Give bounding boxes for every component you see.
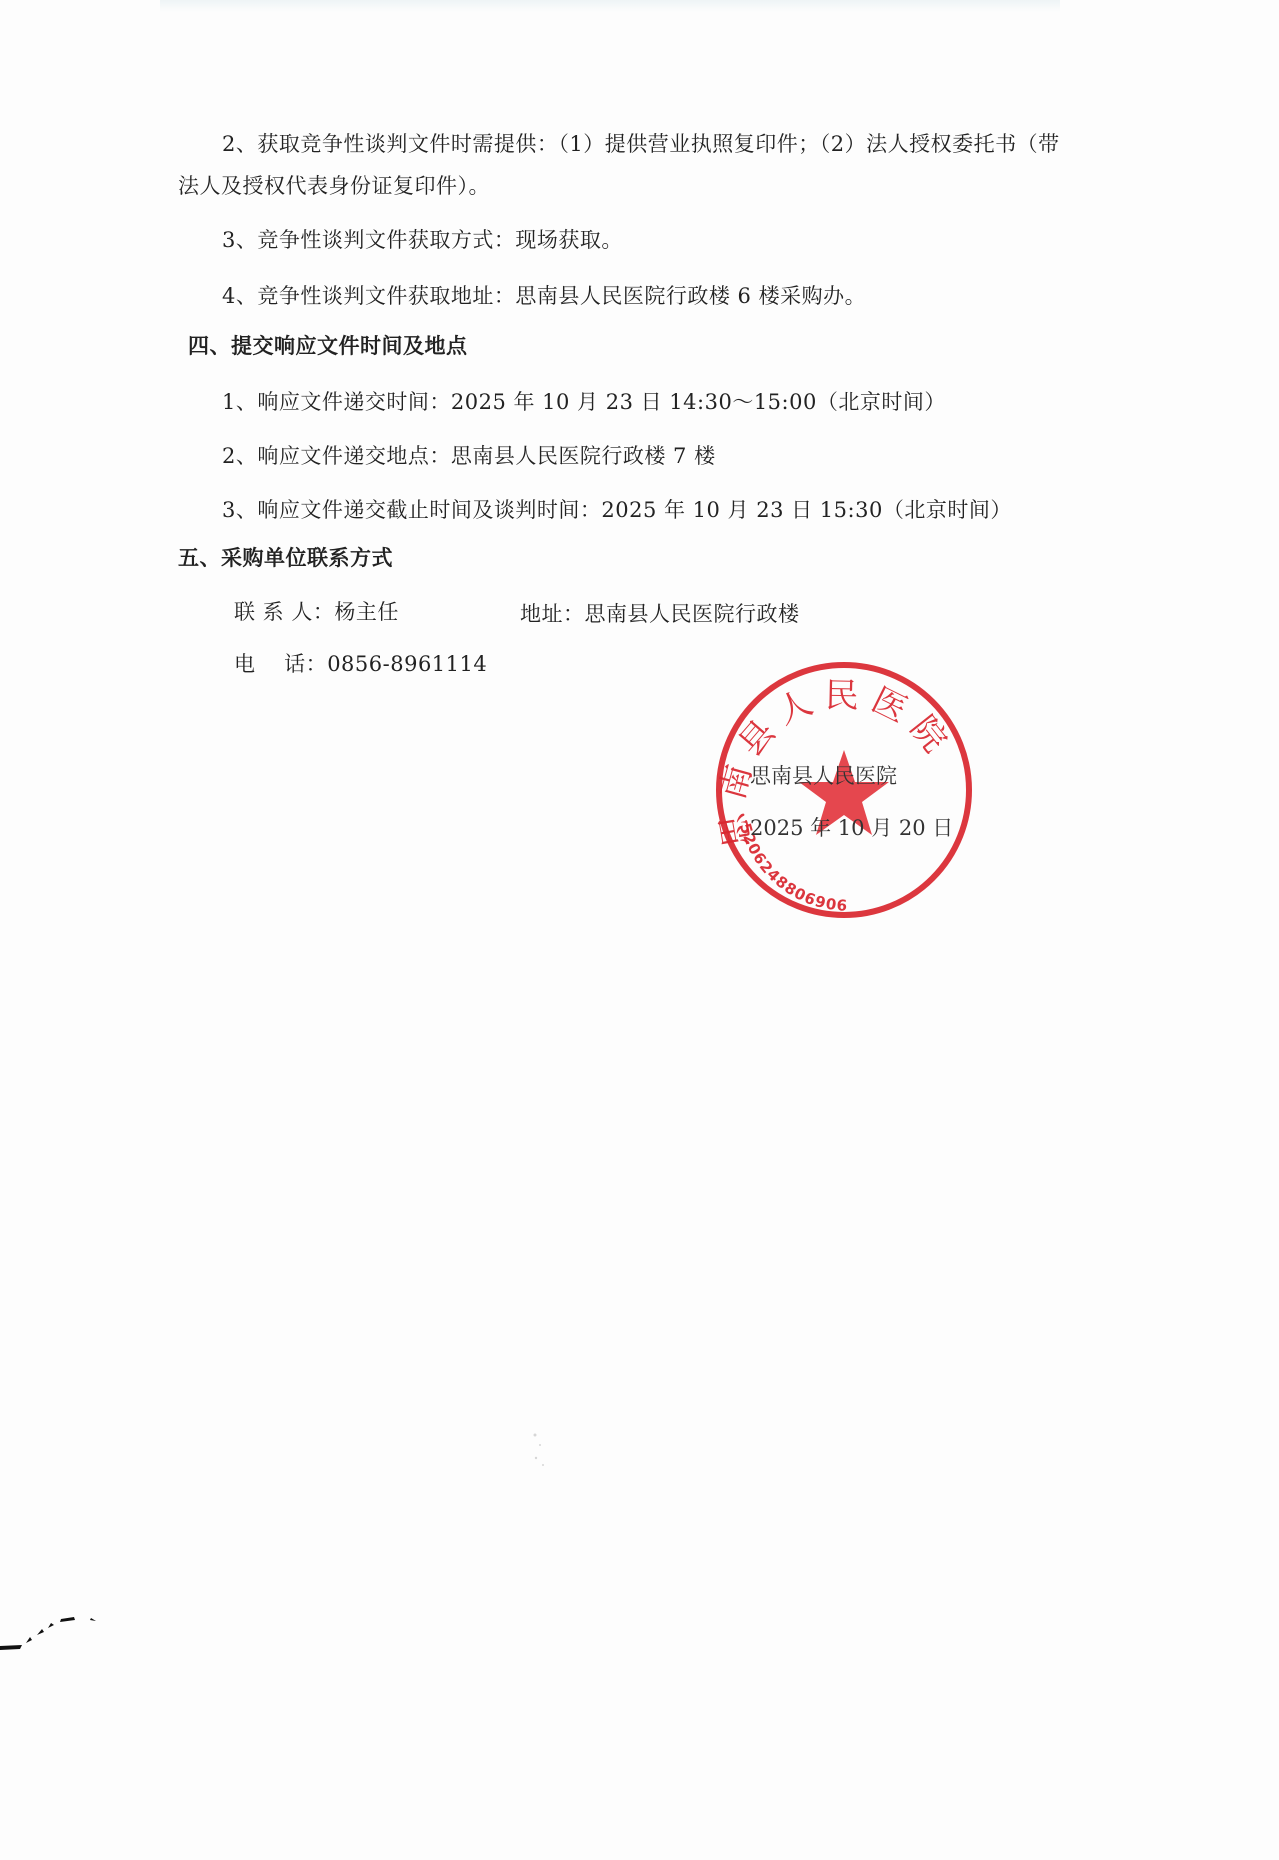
item-2-line-2: 法人及授权代表身份证复印件）。 [178, 170, 490, 200]
contact-phone: 电 话：0856-8961114 [234, 648, 487, 678]
section-4-item-1: 1、响应文件递交时间：2025 年 10 月 23 日 14:30～15:00（… [222, 386, 946, 416]
contact-person: 联 系 人：杨主任 [234, 596, 399, 626]
contact-value: 杨主任 [334, 600, 399, 624]
contact-address: 地址：思南县人民医院行政楼 [520, 598, 800, 628]
item-3: 3、竞争性谈判文件获取方式：现场获取。 [222, 224, 623, 254]
signature-org: 思南县人民医院 [750, 760, 897, 790]
phone-value: 0856-8961114 [327, 652, 487, 676]
section-4-heading: 四、提交响应文件时间及地点 [188, 330, 468, 360]
scan-edge-mark-icon [0, 1615, 100, 1660]
address-value: 思南县人民医院行政楼 [585, 602, 800, 626]
item-2-line-1: 2、获取竞争性谈判文件时需提供：（1）提供营业执照复印件；（2）法人授权委托书（… [222, 128, 1060, 158]
scan-top-edge [160, 0, 1060, 12]
item-4: 4、竞争性谈判文件获取地址：思南县人民医院行政楼 6 楼采购办。 [222, 280, 866, 310]
signature-date: 2025 年 10 月 20 日 [750, 812, 953, 842]
scan-speck-icon [530, 1430, 550, 1470]
section-4-item-3: 3、响应文件递交截止时间及谈判时间：2025 年 10 月 23 日 15:30… [222, 494, 1012, 524]
address-label: 地址： [520, 602, 585, 626]
phone-label: 电 话： [234, 652, 327, 676]
contact-label: 联 系 人： [234, 600, 334, 624]
section-4-item-2: 2、响应文件递交地点：思南县人民医院行政楼 7 楼 [222, 440, 716, 470]
section-5-heading: 五、采购单位联系方式 [178, 542, 393, 572]
